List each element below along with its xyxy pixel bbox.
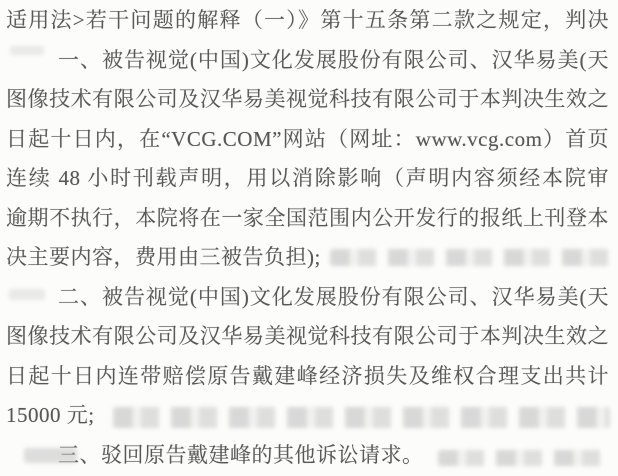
judgment-line-item-3-start: 三、驳回原告戴建峰的其他诉讼请求。 (6, 436, 609, 476)
judgment-line: 决主要内容，费用由三被告负担); (6, 238, 609, 278)
judgment-line: 逾期不执行，本院将在一家全国范围内公开发行的报纸上刊登本判 (6, 199, 609, 239)
judgment-text-block: 适用法>若干问题的解释（一）》第十五条第二款之规定，判决如下： 一、被告视觉(中… (6, 1, 609, 475)
judgment-line: 图像技术有限公司及汉华易美视觉科技有限公司于本判决生效之 (6, 317, 609, 357)
judgment-line: 日起十日内，在“VCG.COM”网站（网址：www.vcg.com）首页位置 (6, 120, 609, 160)
judgment-line: 图像技术有限公司及汉华易美视觉科技有限公司于本判决生效之 (6, 80, 609, 120)
judgment-line-item-2-start: 二、被告视觉(中国)文化发展股份有限公司、汉华易美(天津) (6, 278, 609, 318)
judgment-line: 适用法>若干问题的解释（一）》第十五条第二款之规定，判决如下： (6, 1, 609, 41)
judgment-line-item-1-start: 一、被告视觉(中国)文化发展股份有限公司、汉华易美(天津) (6, 41, 609, 81)
judgment-line: 15000 元; (6, 396, 609, 436)
scanned-document-page: 适用法>若干问题的解释（一）》第十五条第二款之规定，判决如下： 一、被告视觉(中… (0, 0, 618, 476)
judgment-line: 连续 48 小时刊载声明，用以消除影响（声明内容须经本院审查， (6, 159, 609, 199)
judgment-line: 日起十日内连带赔偿原告戴建峰经济损失及维权合理支出共计 (6, 357, 609, 397)
